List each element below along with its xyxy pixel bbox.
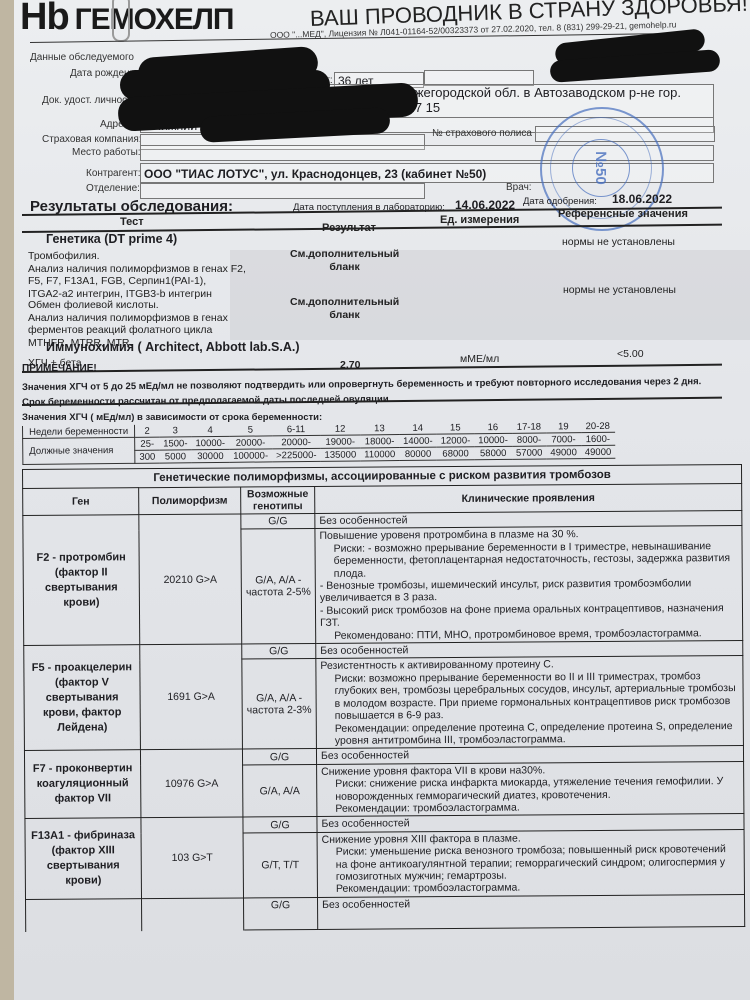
- clinical-risk-f2: Повышение уровеня протромбина в плазме н…: [315, 526, 743, 644]
- col-polymorphism: Полиморфизм: [139, 487, 241, 515]
- col-unit: Ед. измерения: [440, 214, 519, 226]
- policy-label: № страхового полиса: [432, 128, 532, 139]
- stamp-number: №50: [572, 139, 630, 197]
- col-reference: Референсные значения: [558, 208, 688, 220]
- result-thrombophilia: См.дополнительный бланк: [290, 248, 399, 273]
- genotype-risk: G/A, A/A: [243, 764, 317, 817]
- reference-thrombophilia: нормы не установлены: [562, 236, 675, 249]
- note-title: ПРИМЕЧАНИЕ!: [22, 363, 97, 374]
- genotype-normal: G/G: [243, 897, 317, 930]
- paperclip-icon: [112, 0, 130, 42]
- polymorphism-f13a1: 103 G>T: [141, 817, 244, 898]
- test-thrombophilia: Тромбофилия. Анализ наличия полиморфизмо…: [28, 250, 246, 300]
- reference-hcg: <5.00: [617, 348, 644, 361]
- genotype-risk: G/T, T/T: [243, 832, 317, 898]
- logo-mark: Hb: [20, 0, 69, 38]
- col-test: Тест: [120, 216, 144, 228]
- clinical-risk-f13a1: Снижение уровня XIII фактора в плазме. Р…: [317, 829, 744, 897]
- polymorphism-f7: 10976 G>A: [140, 749, 242, 818]
- note-text: Значения ХГЧ от 5 до 25 мЕд/мл не позвол…: [22, 374, 722, 410]
- genotype-risk: G/A, A/A - частота 2-5%: [241, 529, 316, 644]
- table-row: G/G Без особенностей: [26, 894, 745, 932]
- gene-f2: F2 - протромбин (фактор II свертывания к…: [23, 515, 140, 646]
- logo-name: ГЕМОХЕЛП: [75, 3, 234, 36]
- polymorphism-f5: 1691 G>A: [140, 644, 243, 750]
- approval-date-label: Дата одобрения:: [523, 196, 597, 207]
- col-genotypes: Возможные генотипы: [241, 486, 315, 514]
- genotype-risk: G/A, A/A - частота 2-3%: [242, 659, 317, 749]
- genotype-normal: G/G: [243, 817, 317, 833]
- col-clinical: Клинические проявления: [315, 483, 742, 513]
- patient-label: Данные обследуемого: [30, 52, 134, 63]
- col-gene: Ген: [23, 488, 139, 516]
- result-hcg: 2.70: [340, 359, 360, 372]
- approval-date: 18.06.2022: [612, 192, 672, 206]
- gene-f5: F5 - проакцелерин (фактор V свертывания …: [24, 645, 141, 751]
- weeks-label: Недели беременности: [22, 425, 134, 439]
- clinical-risk-f5: Резистентность к активированному протеин…: [316, 656, 744, 749]
- reference-folate: нормы не установлены: [563, 284, 676, 297]
- hcg-table-title: Значения ХГЧ ( мЕд/мл) в зависимости от …: [22, 412, 322, 423]
- genotype-normal: G/G: [242, 644, 316, 660]
- polymorphism-f2: 20210 G>A: [139, 514, 242, 645]
- clinical-normal: Без особенностей: [317, 894, 744, 929]
- gene-f13a1: F13A1 - фибриназа (фактор XIII свертыван…: [25, 818, 142, 899]
- insurance-label: Страховая компания:: [42, 134, 142, 145]
- values-label: Должные значения: [23, 437, 135, 464]
- result-folate: См.дополнительный бланк: [290, 296, 399, 321]
- contractor-label: Контрагент:: [86, 168, 140, 179]
- gene-f7: F7 - проконвертин коагуляционный фактор …: [24, 750, 140, 819]
- department-label: Отделение:: [86, 183, 140, 194]
- gene-next: [26, 898, 142, 931]
- polymorphism-next: [142, 898, 244, 931]
- section-genetics: Генетика (DT prime 4): [46, 232, 177, 246]
- clinical-risk-f7: Снижение уровня фактора VII в крови на30…: [317, 761, 744, 817]
- department-field: [140, 183, 425, 199]
- work-label: Место работы:: [72, 147, 141, 158]
- genotype-normal: G/G: [241, 513, 315, 529]
- genotype-normal: G/G: [242, 749, 316, 765]
- unit-hcg: мМЕ/мл: [460, 353, 499, 366]
- hcg-pregnancy-table: Недели беременности 2 3 4 5 6-11 12 13 1…: [22, 420, 615, 465]
- section-immunochemistry: Иммунохимия ( Architect, Abbott lab.S.A.…: [46, 340, 300, 354]
- genetic-polymorphism-table: Генетические полиморфизмы, ассоциированн…: [22, 464, 745, 932]
- doctor-label: Врач:: [506, 182, 532, 193]
